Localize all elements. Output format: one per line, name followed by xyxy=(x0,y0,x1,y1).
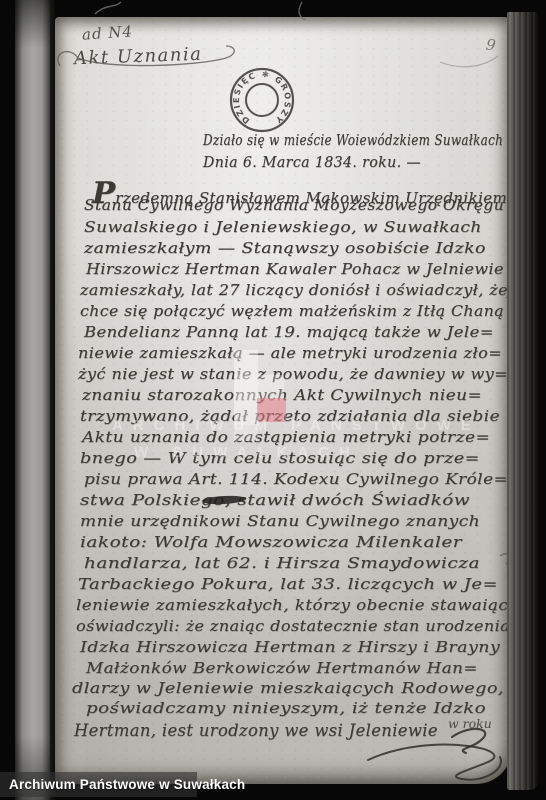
archive-watermark-text: Archiwum Państwowe w Suwałkach xyxy=(9,777,245,792)
highlight-overlay xyxy=(0,0,546,800)
watermark-overlay-line1: ARCHIWUM PAŃSTWOWE xyxy=(112,417,481,434)
watermark-overlay-line2: W SUWAŁKACH xyxy=(134,444,360,461)
watermark-square xyxy=(234,375,258,400)
archival-scan: ad N4 Akt Uznania 9 DZIESIĘC ❃ GROSZY Dz… xyxy=(0,0,546,800)
book-right-fore-edge xyxy=(507,12,539,790)
archive-watermark-band: Archiwum Państwowe w Suwałkach xyxy=(0,772,197,797)
watermark-square xyxy=(258,375,284,400)
watermark-square xyxy=(234,350,258,375)
